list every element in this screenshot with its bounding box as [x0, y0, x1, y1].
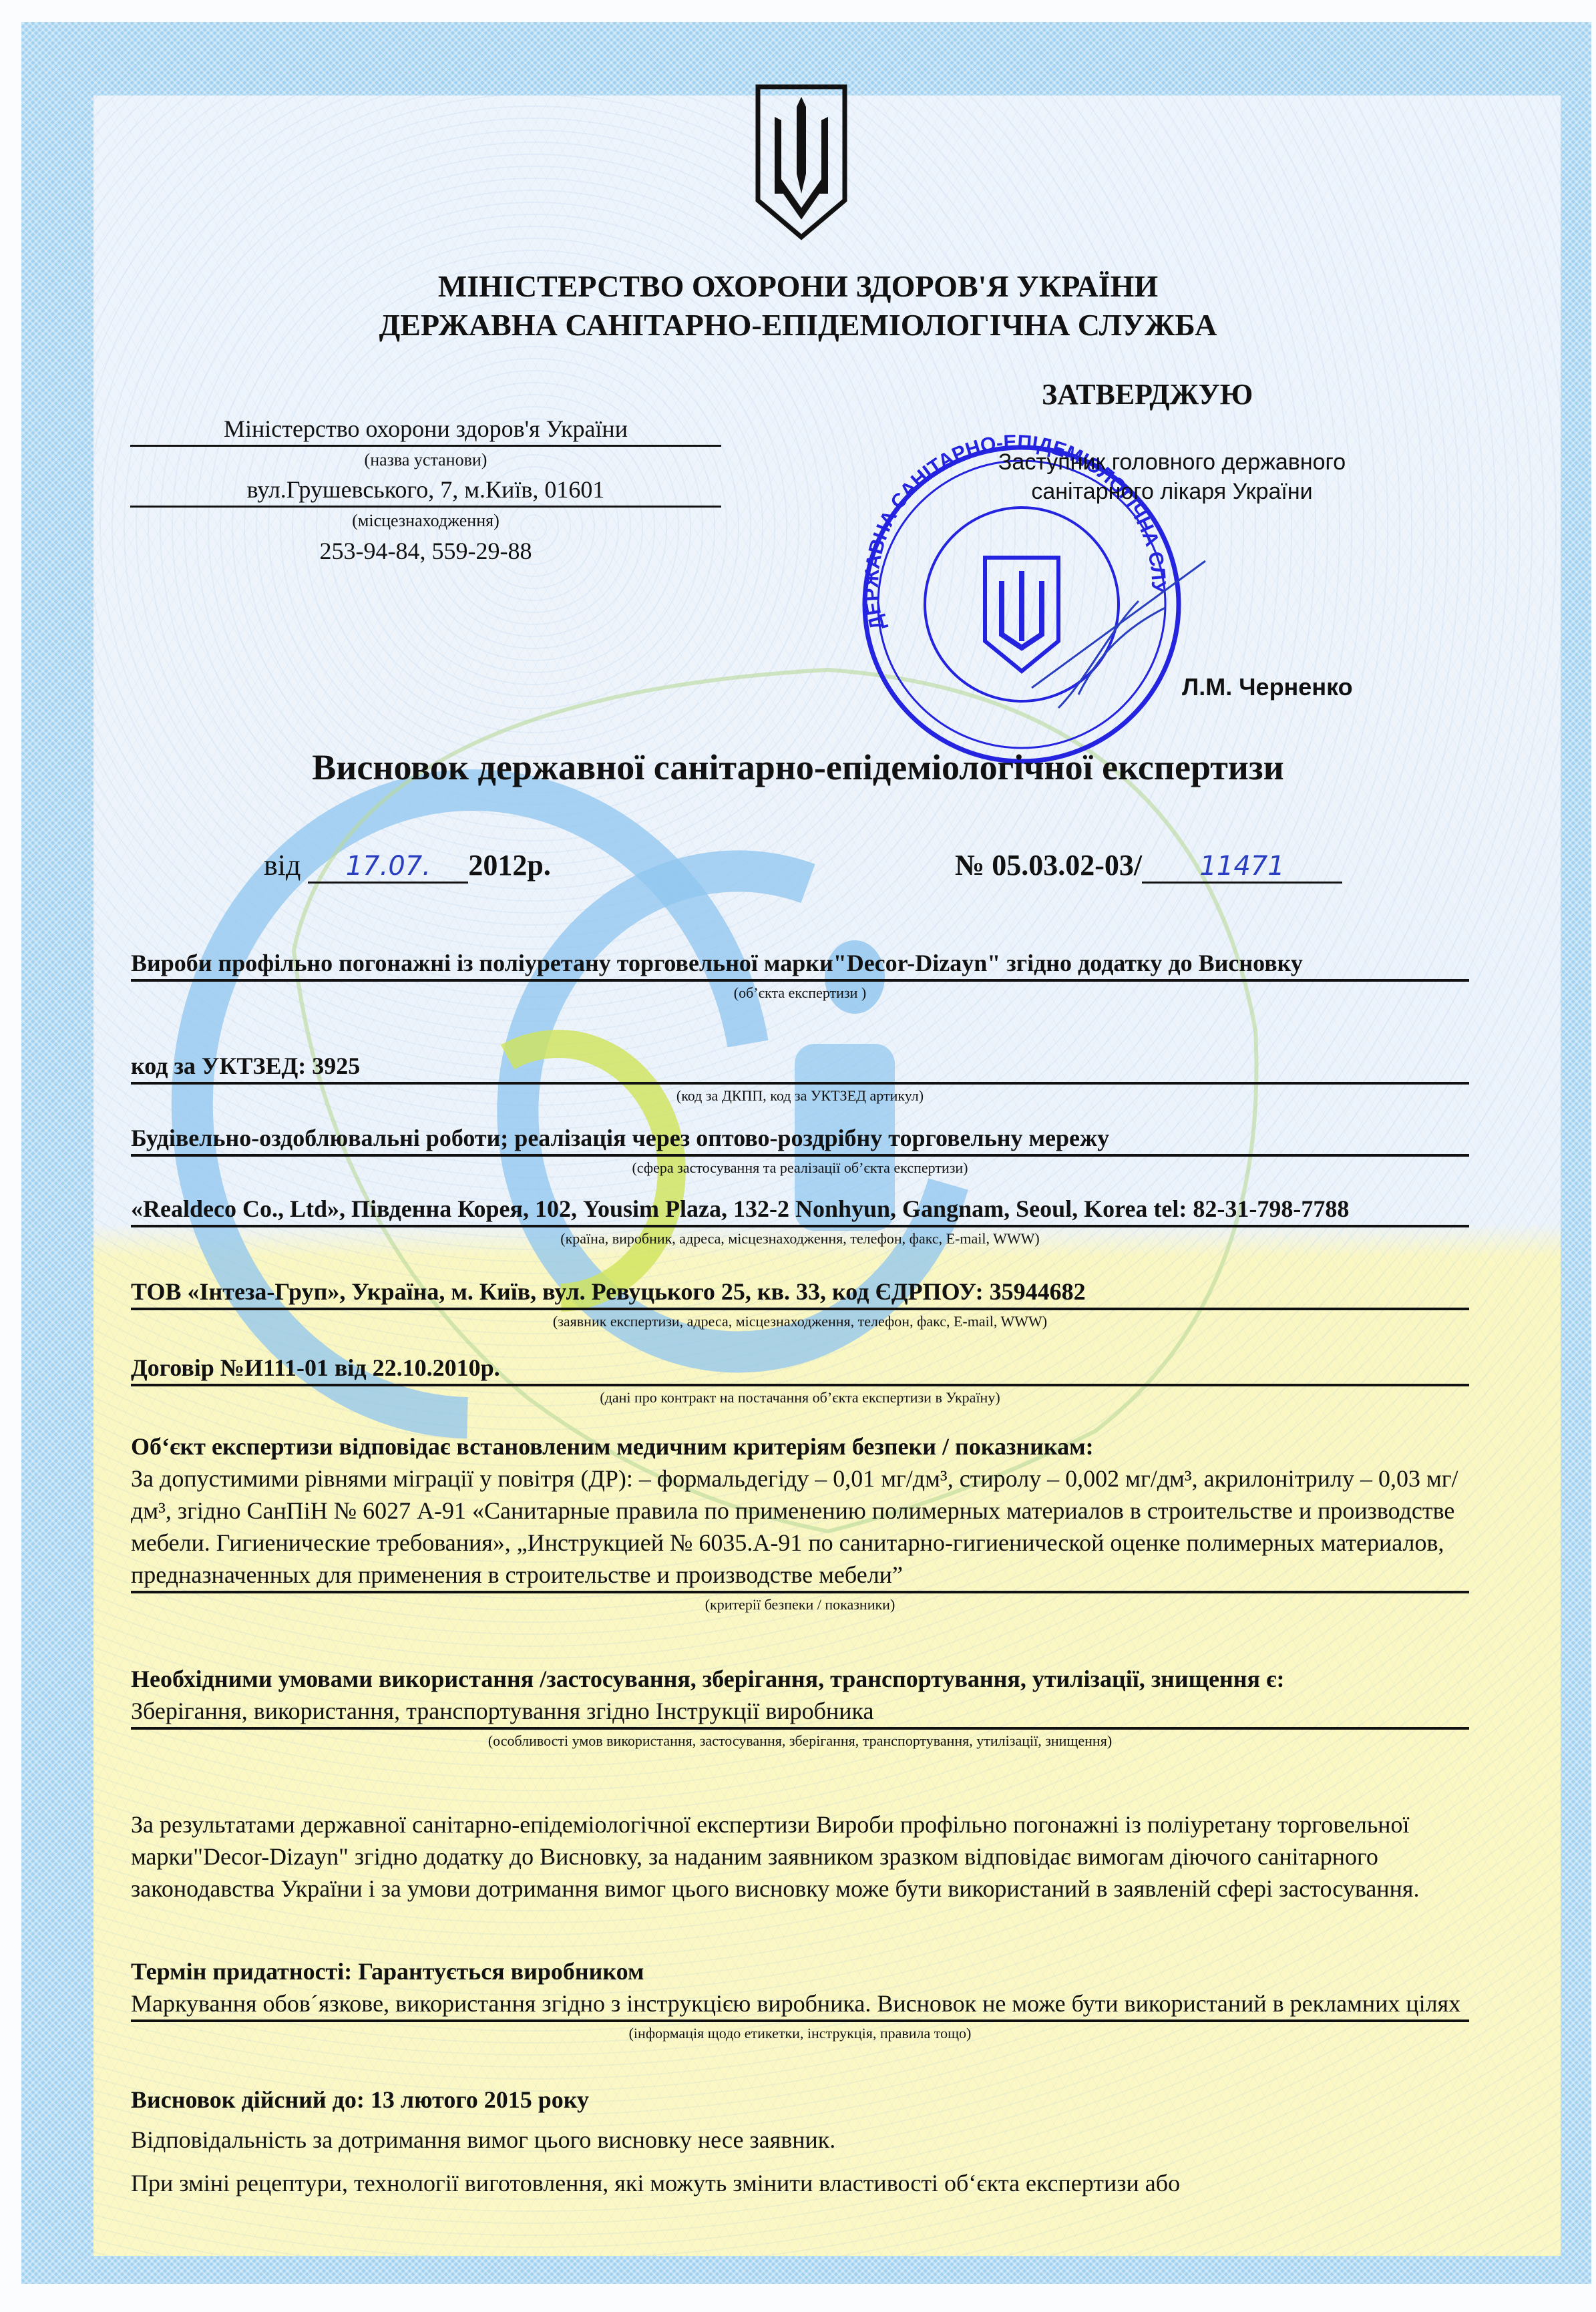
document-number: № 05.03.02-03/11471: [955, 848, 1342, 884]
field-product-code: код за УКТЗЕД: 3925 (код за ДКПП, код за…: [131, 1050, 1469, 1107]
institution-name: Міністерство охорони здоров'я України: [130, 413, 721, 447]
field-contract: Договір №И111-01 від 22.10.2010р. (дані …: [131, 1352, 1469, 1409]
document-date: від 17.07.2012р.: [264, 848, 551, 884]
date-handwritten: 17.07.: [308, 851, 468, 884]
institution-address: вул.Грушевського, 7, м.Київ, 01601: [130, 473, 721, 508]
conclusion-text: За результатами державної санітарно-епід…: [131, 1808, 1469, 1905]
shelf-life-text: Маркування обов´язкове, використання згі…: [131, 1987, 1469, 2022]
conditions-text: Зберігання, використання, транспортуванн…: [131, 1695, 1469, 1730]
field-manufacturer: «Realdeco Co., Ltd», Південна Корея, 102…: [131, 1193, 1469, 1250]
institution-name-label: (назва установи): [130, 447, 721, 473]
field-expertise-object: Вироби профільно погонажні із поліуретан…: [131, 947, 1469, 1004]
responsibility: Відповідальність за дотримання вимог цьо…: [131, 2124, 1469, 2156]
approver-title: Заступник головного державного санітарно…: [942, 447, 1402, 506]
change-notice: При зміні рецептури, технології виготовл…: [131, 2167, 1469, 2199]
criteria-text: За допустимими рівнями міграції у повітр…: [131, 1463, 1469, 1593]
safety-criteria-section: Об‘єкт експертизи відповідає встановлени…: [131, 1430, 1469, 1616]
number-handwritten: 11471: [1142, 851, 1342, 884]
institution-block: Міністерство охорони здоров'я України (н…: [130, 413, 721, 568]
shelf-life-section: Термін придатності: Гарантується виробни…: [131, 1955, 1469, 2045]
conditions-heading: Необхідними умовами використання /застос…: [131, 1663, 1469, 1695]
field-applicant: ТОВ «Інтеза-Груп», Україна, м. Київ, вул…: [131, 1276, 1469, 1333]
approval-heading: ЗАТВЕРДЖУЮ: [1042, 377, 1253, 411]
shelf-life-heading: Термін придатності: Гарантується виробни…: [131, 1955, 1469, 1987]
document-title: Висновок державної санітарно-епідеміолог…: [0, 747, 1596, 788]
conditions-section: Необхідними умовами використання /застос…: [131, 1663, 1469, 1752]
approver-name: Л.М. Черненко: [1182, 673, 1353, 701]
validity: Висновок дійсний до: 13 лютого 2015 року: [131, 2084, 1469, 2116]
ministry-header: МІНІСТЕРСТВО ОХОРОНИ ЗДОРОВ'Я УКРАЇНИ ДЕ…: [0, 267, 1596, 345]
shelf-life-label: (інформація щодо етикетки, інструкція, п…: [131, 2022, 1469, 2045]
conclusion-section: За результатами державної санітарно-епід…: [131, 1808, 1469, 1905]
field-application-scope: Будівельно-оздоблювальні роботи; реаліза…: [131, 1122, 1469, 1179]
conditions-label: (особливості умов використання, застосув…: [131, 1730, 1469, 1752]
criteria-heading: Об‘єкт експертизи відповідає встановлени…: [131, 1430, 1469, 1463]
institution-address-label: (місцезнаходження): [130, 508, 721, 534]
criteria-label: (критерії безпеки / показники): [131, 1593, 1469, 1616]
service-name: ДЕРЖАВНА САНІТАРНО-ЕПІДЕМІОЛОГІЧНА СЛУЖБ…: [0, 306, 1596, 345]
institution-phones: 253-94-84, 559-29-88: [130, 534, 721, 568]
coat-of-arms-icon: [751, 80, 851, 240]
ministry-name: МІНІСТЕРСТВО ОХОРОНИ ЗДОРОВ'Я УКРАЇНИ: [0, 267, 1596, 306]
